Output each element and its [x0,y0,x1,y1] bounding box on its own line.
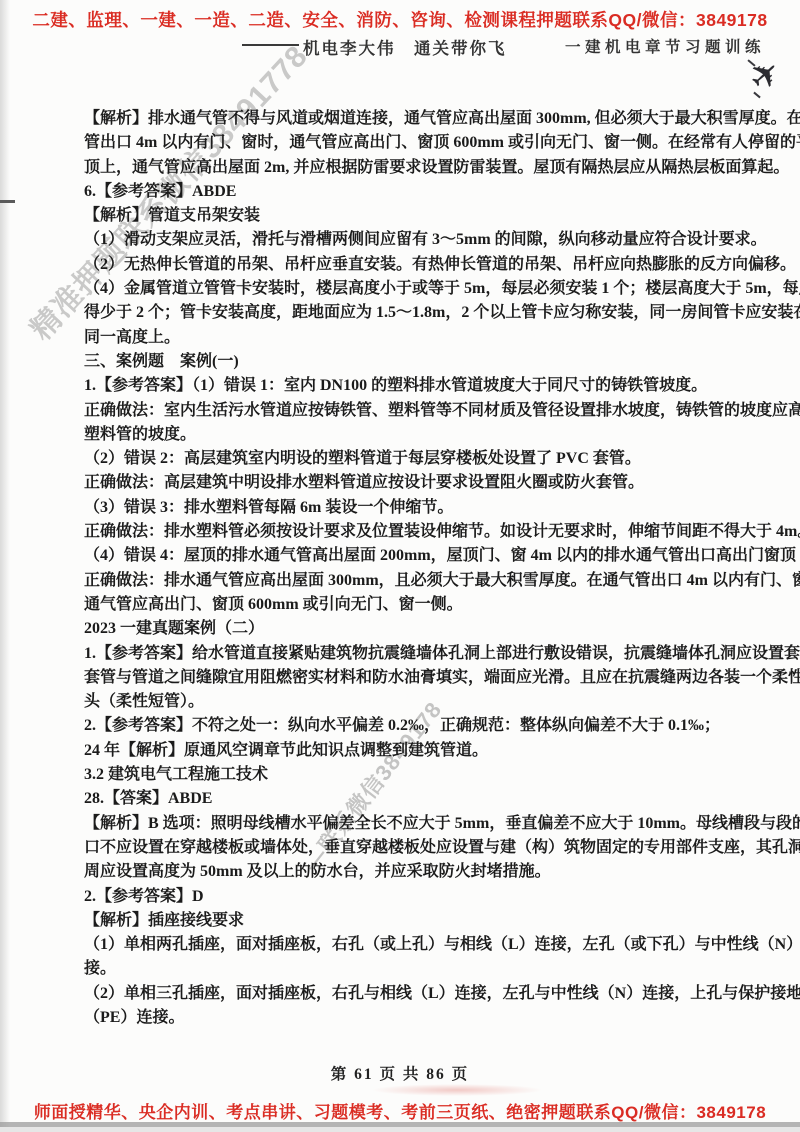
text-line: 【解析】插座接线要求 [84,909,794,933]
ink-bleed-artifact [372,1084,542,1096]
text-line: （2）错误 2：高层建筑室内明设的塑料管道于每层穿楼板处设置了 PVC 套管。 [84,447,794,471]
text-line: （4）金属管道立管管卡安装时，楼层高度小于或等于 5m，每层必须安装 1 个；楼… [84,277,794,301]
text-line: 3.2 建筑电气工程施工技术 [84,763,794,787]
text-line: （2）无热伸长管道的吊架、吊杆应垂直安装。有热伸长管道的吊架、吊杆应向热膨胀的反… [84,253,794,277]
scanned-document-page: 精准押题联系微信38491778 —联系微信3849178 二建、监理、一建、一… [0,0,800,1132]
header-left-title: 机电李大伟 通关带你飞 [303,35,507,59]
bottom-promo-banner: 师面授精华、央企内训、考点串讲、习题模考、考前三页纸、绝密押题联系QQ/微信：3… [0,1098,800,1123]
text-line: （3）错误 3：排水塑料管每隔 6m 装设一个伸缩节。 [84,496,794,520]
page-indicator: 第 61 页 共 86 页 [0,1062,800,1084]
text-line: 2023 一建真题案例（二） [84,617,794,641]
text-line: 同一高度上。 [84,326,794,350]
text-line: 28.【答案】ABDE [84,787,794,811]
scan-edge-mark [0,200,15,203]
text-line: 三、案例题 案例(一) [84,350,794,374]
text-line: 得少于 2 个；管卡安装高度，距地面应为 1.5～1.8m，2 个以上管卡应匀称… [84,301,794,325]
text-line: 管出口 4m 以内有门、窗时，通气管应高出门、窗顶 600mm 或引向无门、窗一… [84,131,794,155]
text-line: 塑料管的坡度。 [84,423,794,447]
text-line: （1）单相两孔插座，面对插座板，右孔（或上孔）与相线（L）连接，左孔（或下孔）与… [84,933,794,957]
text-line: 通气管应高出门、窗顶 600mm 或引向无门、窗一侧。 [84,593,794,617]
text-line: （PE）连接。 [84,1006,794,1030]
text-line: 1.【参考答案】（1）错误 1：室内 DN100 的塑料排水管道坡度大于同尺寸的… [84,374,794,398]
text-line: 顶上，通气管应高出屋面 2m, 并应根据防雷要求设置防雷装置。屋顶有隔热层应从隔… [84,156,794,180]
text-line: 头（柔性短管）。 [84,690,794,714]
top-promo-banner: 二建、监理、一建、一造、二造、安全、消防、咨询、检测课程押题联系QQ/微信：38… [0,7,800,32]
text-line: 6.【参考答案】ABDE [84,180,794,204]
scan-bottom-edge-light [0,1127,800,1132]
scan-left-edge-shadow [0,0,10,1132]
text-line: 【解析】管道支吊架安装 [84,204,794,228]
text-line: 1.【参考答案】给水管道直接紧贴建筑物抗震缝墙体孔洞上部进行敷设错误，抗震缝墙体… [84,642,794,666]
text-line: 周应设置高度为 50mm 及以上的防水台，并应采取防火封堵措施。 [84,860,794,884]
text-line: 正确做法：排水塑料管必须按设计要求及位置装设伸缩节。如设计无要求时，伸缩节间距不… [84,520,794,544]
header-right-title: 一建机电章节习题训练 [565,35,765,57]
text-line: 口不应设置在穿越楼板或墙体处，垂直穿越楼板处应设置与建（构）筑物固定的专用部件支… [84,836,794,860]
header-dash-line [242,44,299,46]
text-line: 2.【参考答案】D [84,885,794,909]
text-line: 接。 [84,957,794,981]
text-line: 24 年【解析】原通风空调章节此知识点调整到建筑管道。 [84,739,794,763]
text-line: 正确做法：室内生活污水管道应按铸铁管、塑料管等不同材质及管径设置排水坡度，铸铁管… [84,399,794,423]
text-line: （4）错误 4：屋顶的排水通气管高出屋面 200mm，屋顶门、窗 4m 以内的排… [84,544,794,568]
text-line: （2）单相三孔插座，面对插座板，右孔与相线（L）连接，左孔与中性线（N）连接，上… [84,982,794,1006]
body-text: 【解析】排水通气管不得与风道或烟道连接，通气管应高出屋面 300mm, 但必须大… [84,107,794,1030]
text-line: 正确做法：排水通气管应高出屋面 300mm，且必须大于最大积雪厚度。在通气管出口… [84,569,794,593]
text-line: 2.【参考答案】不符之处一：纵向水平偏差 0.2‰，正确规范：整体纵向偏差不大于… [84,714,794,738]
text-line: 【解析】B 选项：照明母线槽水平偏差全长不应大于 5mm，垂直偏差不应大于 10… [84,812,794,836]
text-line: 套管与管道之间缝隙宜用阻燃密实材料和防水油膏填实，端面应光滑。且应在抗震缝两边各… [84,666,794,690]
text-line: 【解析】排水通气管不得与风道或烟道连接，通气管应高出屋面 300mm, 但必须大… [84,107,794,131]
text-line: （1）滑动支架应灵活，滑托与滑槽两侧间应留有 3～5mm 的间隙，纵向移动量应符… [84,228,794,252]
text-line: 正确做法：高层建筑中明设排水塑料管道应按设计要求设置阻火圈或防火套管。 [84,471,794,495]
